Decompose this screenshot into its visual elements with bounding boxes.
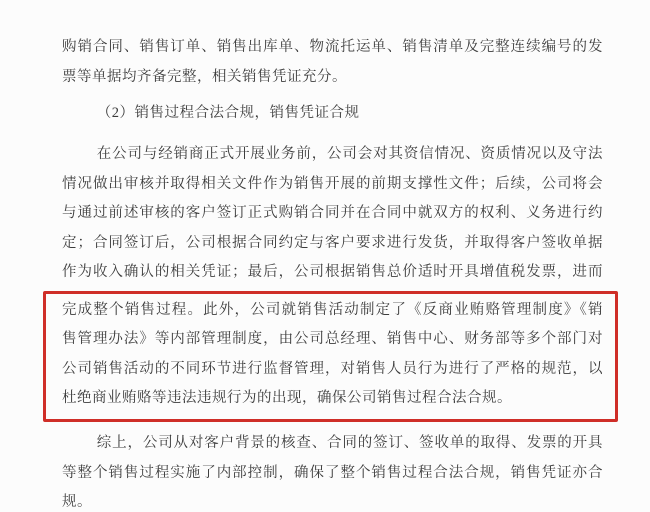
text-line: 完成整个销售过程。此外，公司就销售活动制定了《反商业贿赂管理制度》《销 — [62, 296, 603, 326]
text-line: 票等单据均齐备完整，相关销售凭证充分。 — [62, 63, 603, 93]
text-line: 购销合同、销售订单、销售出库单、物流托运单、销售清单及完整连续编号的发 — [62, 33, 603, 63]
text-line: （2）销售过程合法合规，销售凭证合规 — [62, 99, 603, 129]
document-page: 购销合同、销售订单、销售出库单、物流托运单、销售清单及完整连续编号的发票等单据均… — [0, 0, 650, 512]
text-line: 售管理办法》等内部管理制度，由公司总经理、销售中心、财务部等多个部门对 — [62, 325, 603, 355]
summary-paragraph: 综上，公司从对客户背景的核查、合同的签订、签收单的取得、发票的开具等整个销售过程… — [62, 429, 603, 512]
text-line: 综上，公司从对客户背景的核查、合同的签订、签收单的取得、发票的开具 — [62, 429, 603, 459]
text-line: 情况做出审核并取得相关文件作为销售开展的前期支撑性文件；后续，公司将会 — [62, 170, 603, 200]
text-line: 在公司与经销商正式开展业务前，公司会对其资信情况、资质情况以及守法 — [62, 140, 603, 170]
text-line: 等整个销售过程实施了内部控制，确保了整个销售过程合法合规，销售凭证亦合 — [62, 459, 603, 489]
text-line: 定；合同签订后，公司根据合同约定与客户要求进行发货，并取得客户签收单据 — [62, 229, 603, 259]
body-paragraph: 在公司与经销商正式开展业务前，公司会对其资信情况、资质情况以及守法情况做出审核并… — [62, 140, 603, 414]
text-line: 与通过前述审核的客户签订正式购销合同并在合同中就双方的权利、义务进行约 — [62, 199, 603, 229]
text-line: 杜绝商业贿赂等违法违规行为的出现，确保公司销售过程合法合规。 — [62, 384, 603, 414]
text-line: 作为收入确认的相关凭证；最后，公司根据销售总价适时开具增值税发票，进而 — [62, 258, 603, 288]
text-line: 公司销售活动的不同环节进行监督管理，对销售人员行为进行了严格的规范，以 — [62, 355, 603, 385]
text-line: 规。 — [62, 488, 603, 512]
document-body: 购销合同、销售订单、销售出库单、物流托运单、销售清单及完整连续编号的发票等单据均… — [62, 33, 603, 512]
section-heading: （2）销售过程合法合规，销售凭证合规 — [62, 99, 603, 129]
continued-paragraph: 购销合同、销售订单、销售出库单、物流托运单、销售清单及完整连续编号的发票等单据均… — [62, 33, 603, 92]
